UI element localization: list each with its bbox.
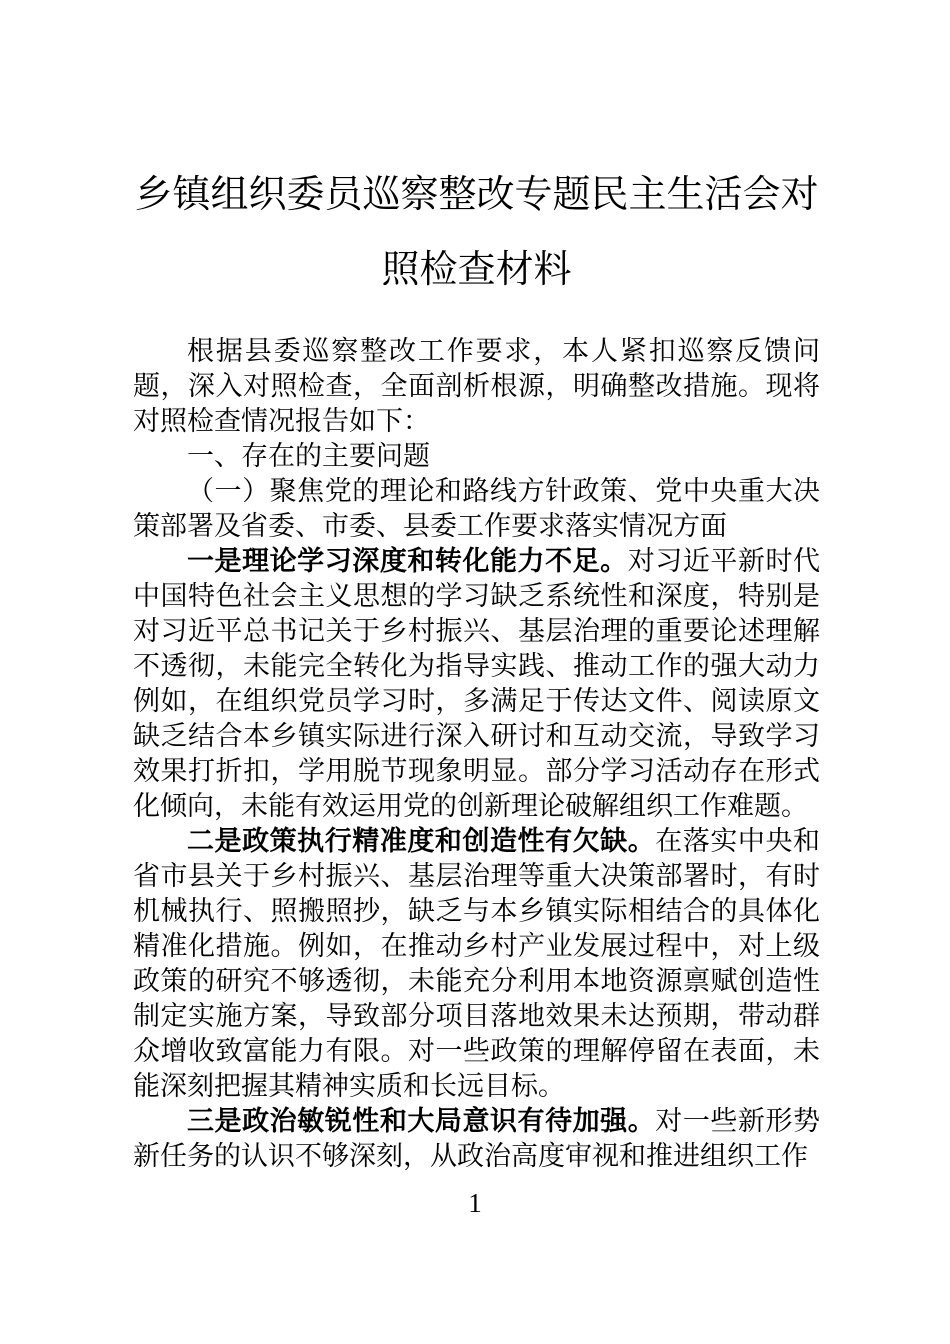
document-body: 根据县委巡察整改工作要求，本人紧扣巡察反馈问题，深入对照检查，全面剖析根源，明确… — [133, 334, 820, 1174]
document-page: 乡镇组织委员巡察整改专题民主生活会对照检查材料 根据县委巡察整改工作要求，本人紧… — [133, 158, 820, 1174]
problem-item-2-lead: 二是政策执行精准度和创造性有欠缺。 — [187, 826, 655, 856]
intro-text: 根据县委巡察整改工作要求，本人紧扣巡察反馈问题，深入对照检查，全面剖析根源，明确… — [133, 336, 820, 436]
subsection-heading: （一）聚焦党的理论和路线方针政策、党中央重大决策部署及省委、市委、县委工作要求落… — [133, 474, 820, 544]
problem-item-2-text: 在落实中央和省市县关于乡村振兴、基层治理等重大决策部署时，有时机械执行、照搬照抄… — [133, 826, 820, 1101]
section-heading-text: 一、存在的主要问题 — [187, 441, 430, 471]
subsection-heading-text: （一）聚焦党的理论和路线方针政策、党中央重大决策部署及省委、市委、县委工作要求落… — [133, 476, 820, 541]
section-heading: 一、存在的主要问题 — [133, 439, 820, 474]
problem-item-3-lead: 三是政治敏锐性和大局意识有待加强。 — [187, 1106, 655, 1136]
problem-item-1: 一是理论学习深度和转化能力不足。对习近平新时代中国特色社会主义思想的学习缺乏系统… — [133, 544, 820, 824]
problem-item-1-lead: 一是理论学习深度和转化能力不足。 — [187, 546, 628, 576]
document-title: 乡镇组织委员巡察整改专题民主生活会对照检查材料 — [133, 158, 820, 308]
problem-item-2: 二是政策执行精准度和创造性有欠缺。在落实中央和省市县关于乡村振兴、基层治理等重大… — [133, 824, 820, 1104]
intro-paragraph: 根据县委巡察整改工作要求，本人紧扣巡察反馈问题，深入对照检查，全面剖析根源，明确… — [133, 334, 820, 439]
document-canvas: { "document": { "title": "乡镇组织委员巡察整改专题民主… — [0, 0, 950, 1344]
problem-item-1-text: 对习近平新时代中国特色社会主义思想的学习缺乏系统性和深度，特别是对习近平总书记关… — [133, 546, 820, 821]
page-number: 1 — [0, 1188, 950, 1219]
problem-item-3: 三是政治敏锐性和大局意识有待加强。对一些新形势新任务的认识不够深刻，从政治高度审… — [133, 1104, 820, 1174]
